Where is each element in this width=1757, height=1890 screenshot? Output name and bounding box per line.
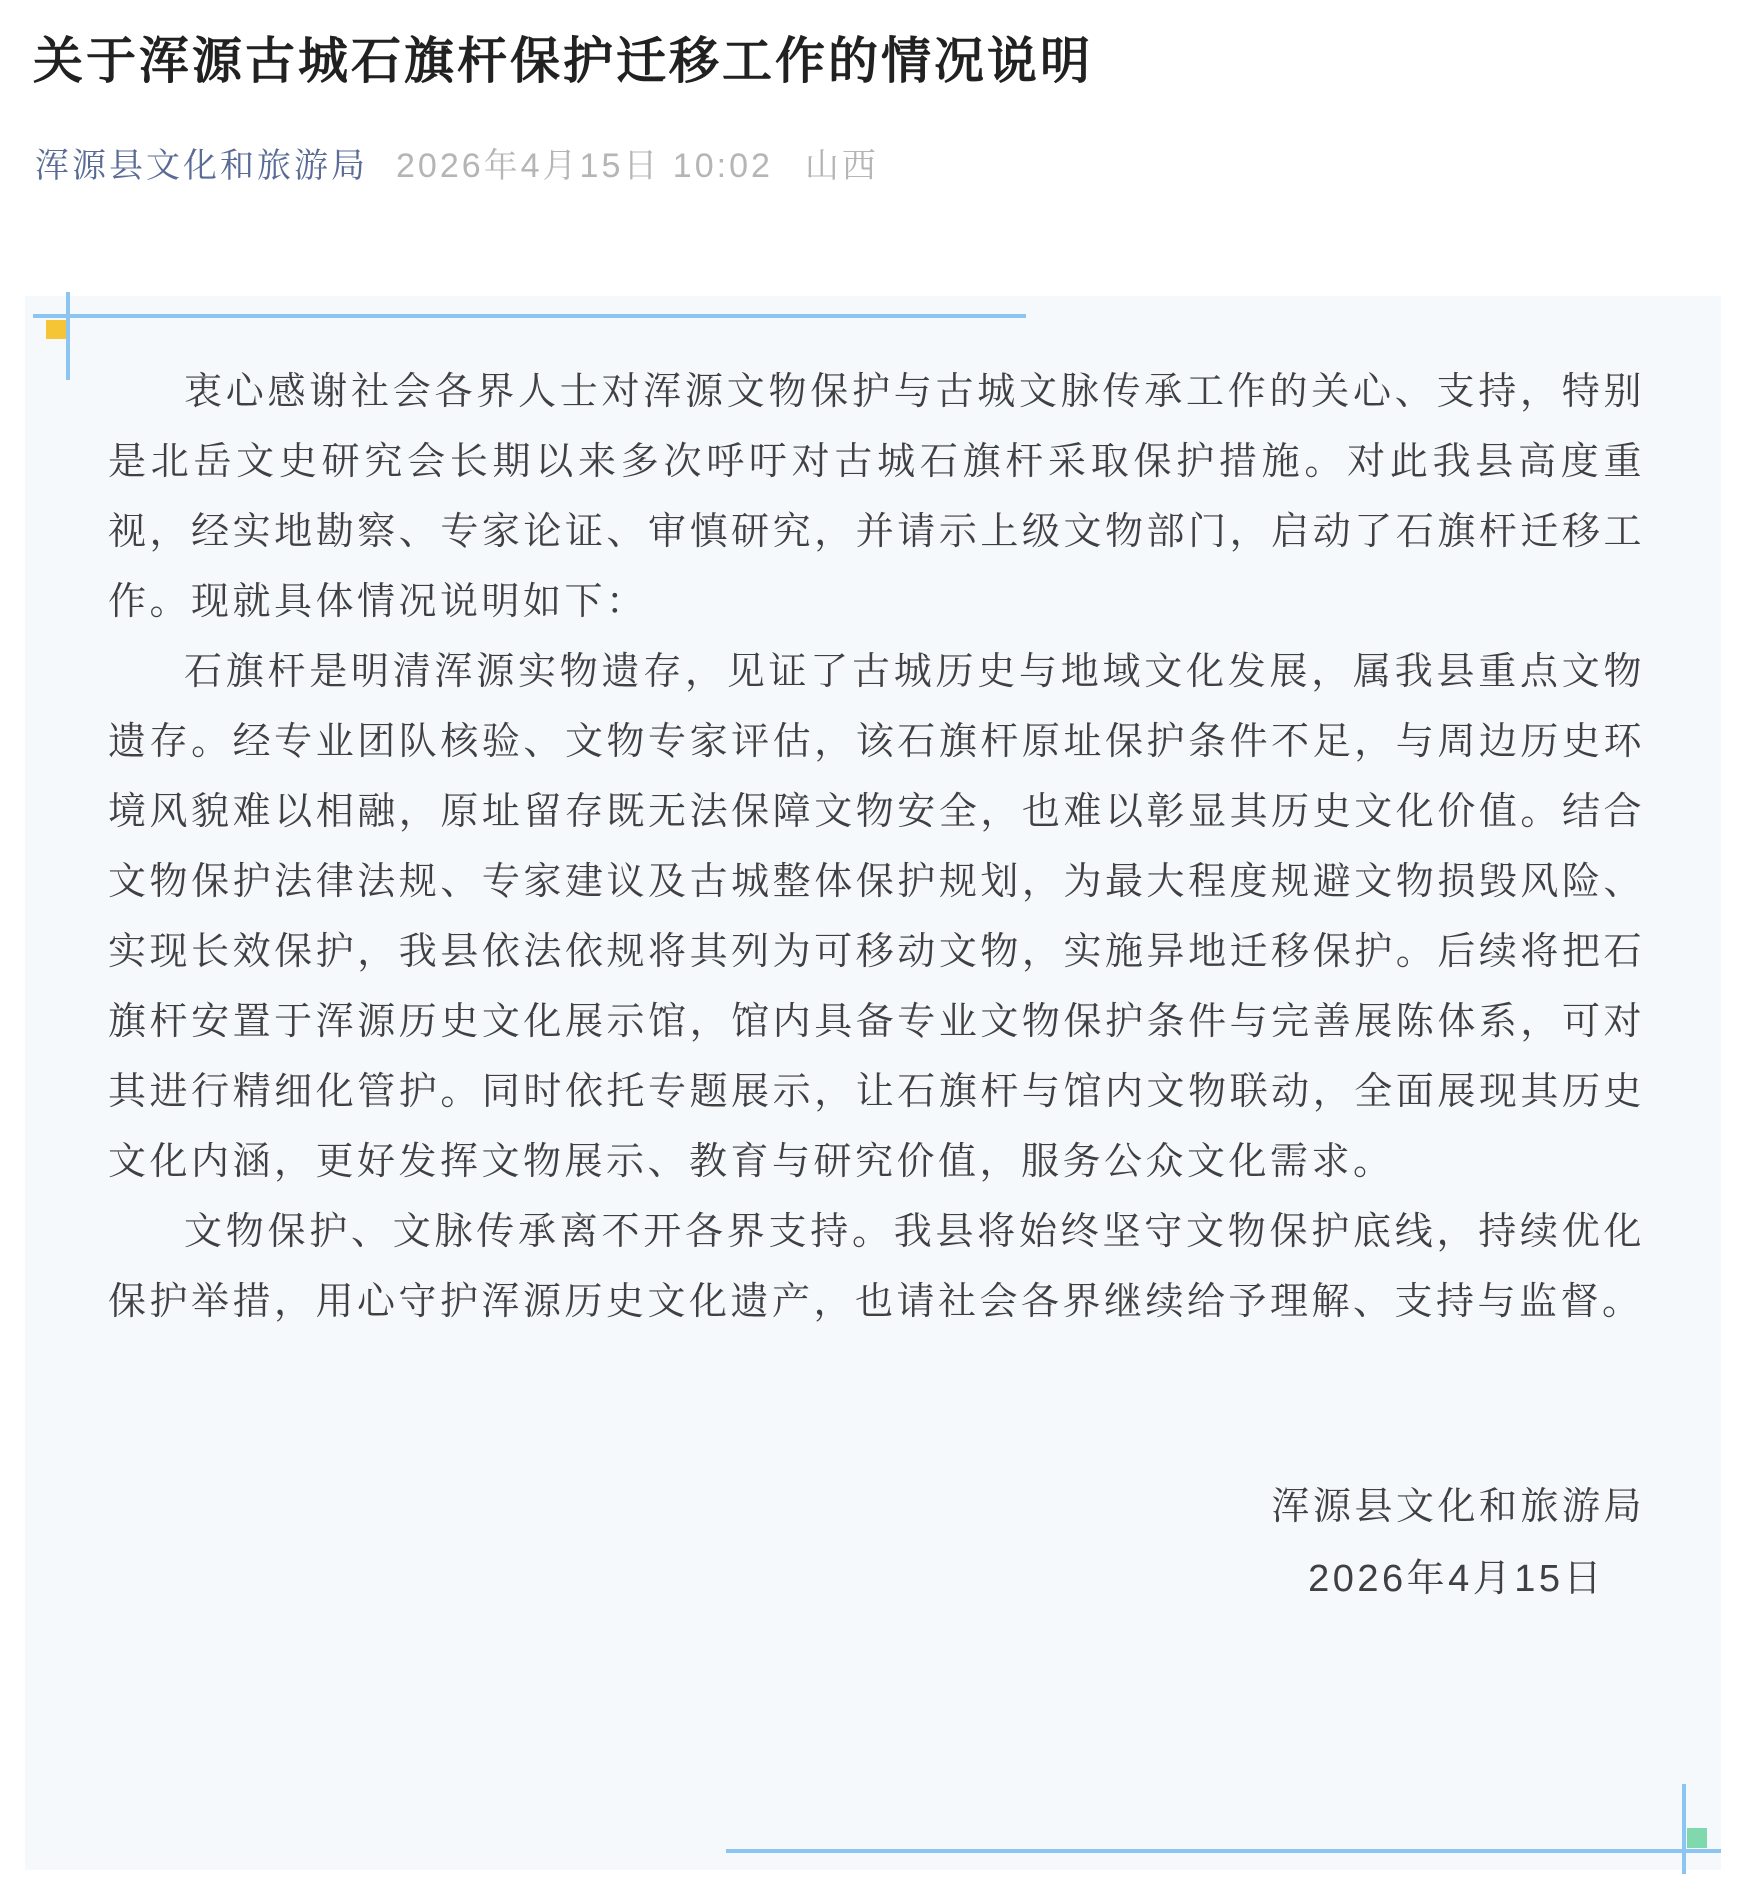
decor-line-horizontal-bottom: [726, 1849, 1721, 1853]
region-label: 山西: [805, 147, 879, 185]
article-paragraph-1: 衷心感谢社会各界人士对浑源文物保护与古城文脉传承工作的关心、支持，特别是北岳文史…: [108, 357, 1645, 637]
signature-block: 浑源县文化和旅游局 2026年4月15日: [108, 1472, 1645, 1614]
content-card: 衷心感谢社会各界人士对浑源文物保护与古城文脉传承工作的关心、支持，特别是北岳文史…: [25, 296, 1721, 1870]
decor-line-vertical-bottom: [1682, 1784, 1686, 1874]
byline: 浑源县文化和旅游局2026年4月15日 10:02山西: [35, 144, 1757, 188]
page-title: 关于浑源古城石旗杆保护迁移工作的情况说明: [33, 28, 1757, 94]
publish-datetime: 2026年4月15日 10:02: [396, 147, 773, 185]
decor-line-vertical-top: [66, 292, 70, 380]
article-paragraph-3: 文物保护、文脉传承离不开各界支持。我县将始终坚守文物保护底线，持续优化保护举措，…: [108, 1197, 1645, 1337]
source-link[interactable]: 浑源县文化和旅游局: [35, 147, 368, 185]
article-body: 衷心感谢社会各界人士对浑源文物保护与古城文脉传承工作的关心、支持，特别是北岳文史…: [108, 357, 1645, 1614]
decor-line-horizontal-top: [33, 314, 1026, 318]
signature-date: 2026年4月15日: [108, 1544, 1645, 1614]
decor-square-green-icon: [1687, 1828, 1707, 1848]
signature-org: 浑源县文化和旅游局: [108, 1472, 1645, 1542]
decor-square-yellow-icon: [46, 320, 66, 339]
article-paragraph-2: 石旗杆是明清浑源实物遗存，见证了古城历史与地域文化发展，属我县重点文物遗存。经专…: [108, 637, 1645, 1197]
